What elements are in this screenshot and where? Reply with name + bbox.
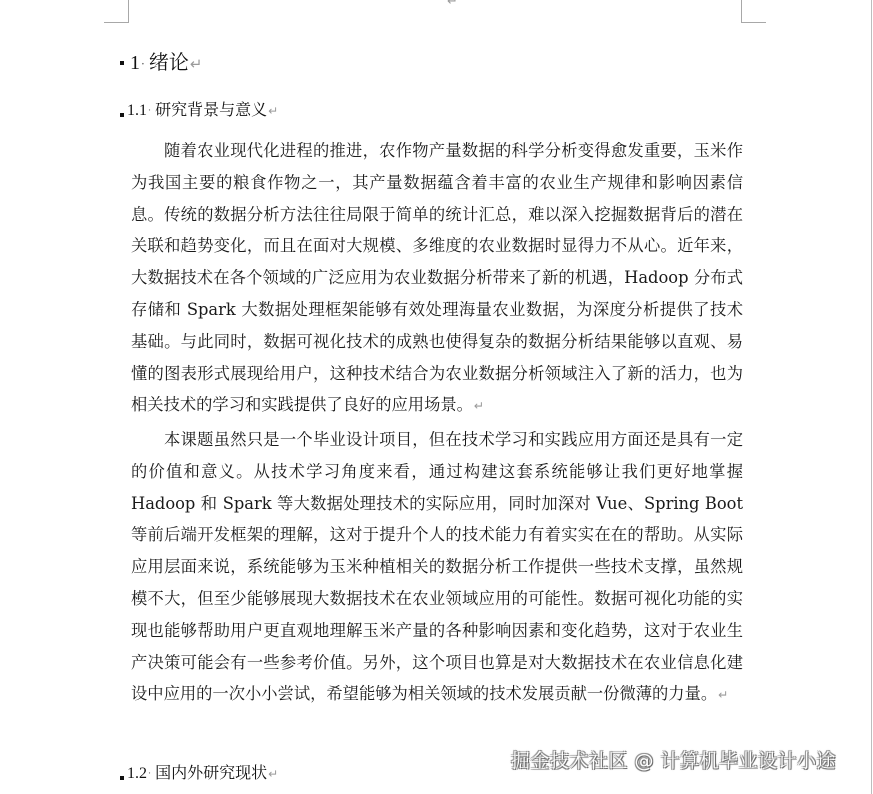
paragraph-mark-icon: ↵ [268, 104, 278, 118]
paragraph-mark-icon: ↵ [268, 767, 278, 781]
heading-separator: · [141, 57, 145, 71]
paragraph-text: 随着农业现代化进程的推进，农作物产量数据的科学分析变得愈发重要，玉米作为我国主要… [131, 141, 743, 414]
heading-number: 1.1 [127, 102, 147, 119]
heading-separator: · [148, 105, 151, 116]
paragraph-mark-icon: ↵ [474, 399, 484, 413]
heading-section-1-2[interactable]: 1.2·国内外研究现状↵ [120, 760, 278, 783]
heading-title: 绪论 [149, 50, 189, 74]
heading-chapter-1[interactable]: 1·绪论↵ [120, 46, 202, 75]
heading-title: 研究背景与意义 [155, 100, 267, 119]
watermark: 掘金技术社区 @ 计算机毕业设计小途 [511, 746, 836, 773]
heading-section-1-1[interactable]: 1.1·研究背景与意义↵ [120, 97, 278, 120]
paragraph-text: 本课题虽然只是一个毕业设计项目，但在技术学习和实践应用方面还是具有一定的价值和意… [131, 430, 743, 703]
heading-separator: · [148, 768, 151, 779]
top-left-margin-marker [104, 0, 129, 23]
heading-bullet-icon [120, 61, 124, 65]
heading-bullet-icon [120, 113, 124, 117]
document-page: ↵ 1·绪论↵ 1.1·研究背景与意义↵ 随着农业现代化进程的推进，农作物产量数… [0, 0, 873, 794]
header-paragraph-mark-icon: ↵ [447, 0, 458, 9]
page-edge-divider [871, 0, 872, 794]
heading-title: 国内外研究现状 [155, 763, 267, 782]
body-paragraph-2[interactable]: 本课题虽然只是一个毕业设计项目，但在技术学习和实践应用方面还是具有一定的价值和意… [131, 424, 743, 712]
body-paragraph-1[interactable]: 随着农业现代化进程的推进，农作物产量数据的科学分析变得愈发重要，玉米作为我国主要… [131, 135, 743, 423]
paragraph-mark-icon: ↵ [190, 55, 203, 73]
heading-number: 1.2 [127, 765, 147, 782]
top-right-margin-marker [741, 0, 766, 23]
heading-bullet-icon [120, 776, 124, 780]
heading-number: 1 [130, 52, 140, 74]
paragraph-mark-icon: ↵ [718, 688, 728, 702]
